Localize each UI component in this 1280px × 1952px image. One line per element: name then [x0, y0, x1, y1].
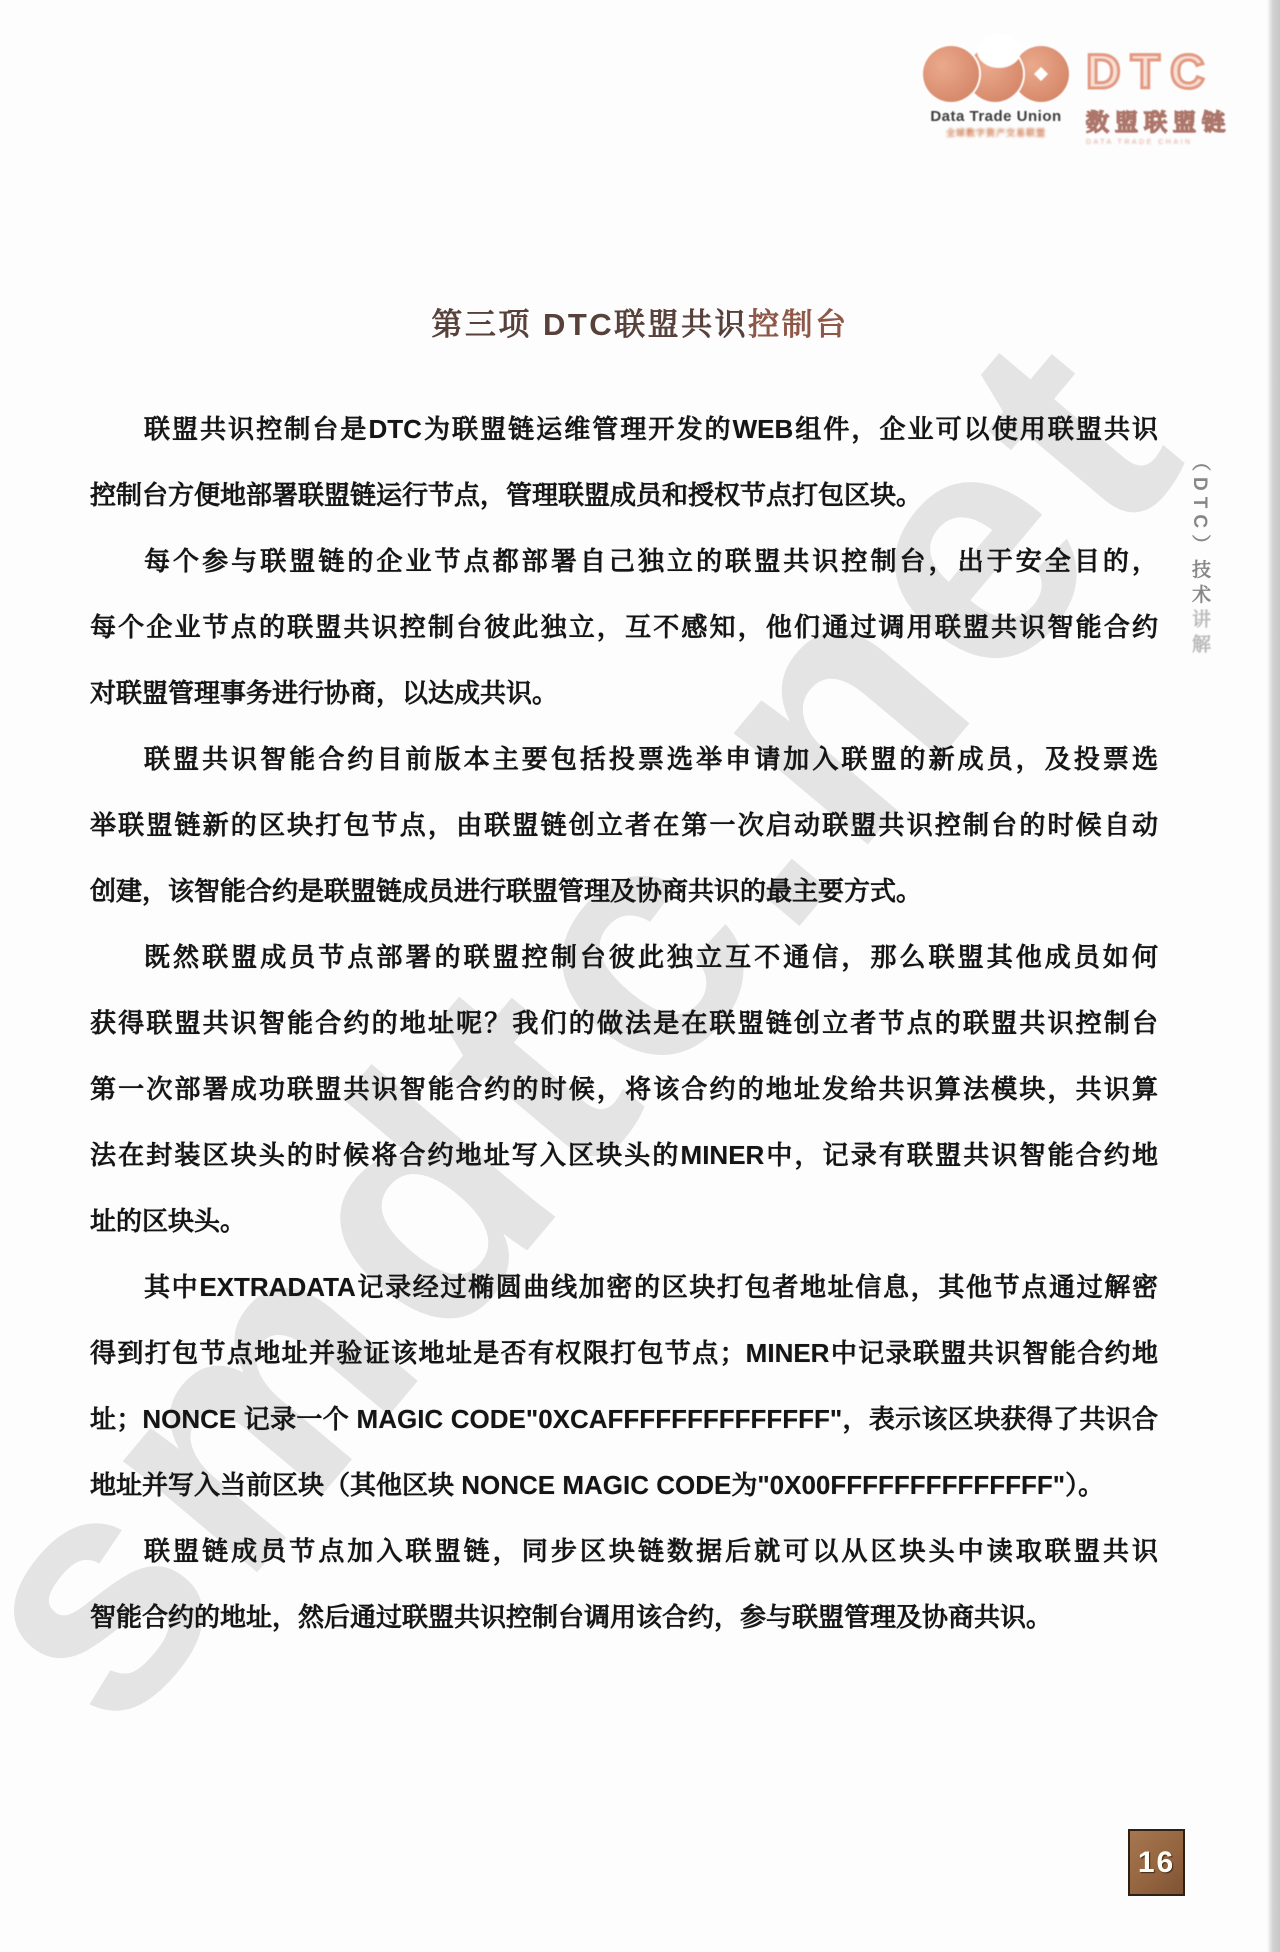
circles-icon	[923, 46, 1069, 104]
side-caption-main: （DTC）技术	[1189, 452, 1210, 609]
logo-wordmark: Data Trade Union	[916, 108, 1076, 125]
text-line: 得到打包节点地址并验证该地址是否有权限打包节点；MINER中记录联盟共识智能合约…	[90, 1320, 1158, 1386]
text-line: 每个参与联盟链的企业节点都部署自己独立的联盟共识控制台，出于安全目的，	[90, 528, 1158, 594]
paragraph: 既然联盟成员节点部署的联盟控制台彼此独立互不通信，那么联盟其他成员如何 获得联盟…	[90, 924, 1158, 1254]
paragraph: 其中EXTRADATA记录经过椭圆曲线加密的区块打包者地址信息，其他节点通过解密…	[90, 1254, 1158, 1518]
side-vertical-caption: （DTC）技术讲解	[1186, 452, 1213, 672]
text-line: 联盟链成员节点加入联盟链，同步区块链数据后就可以从区块头中读取联盟共识	[90, 1518, 1158, 1584]
text-line: 智能合约的地址，然后通过联盟共识控制台调用该合约，参与联盟管理及协商共识。	[90, 1584, 1158, 1650]
text-line: 获得联盟共识智能合约的地址呢？我们的做法是在联盟链创立者节点的联盟共识控制台	[90, 990, 1158, 1056]
text-line: 创建，该智能合约是联盟链成员进行联盟管理及协商共识的最主要方式。	[90, 858, 1158, 924]
page-edge-strip	[1267, 0, 1280, 1952]
document-page: smdtc.net Data Trade Union 全球数字资产交易联盟 DT…	[0, 0, 1280, 1952]
text-line: 联盟共识控制台是DTC为联盟链运维管理开发的WEB组件，企业可以使用联盟共识	[90, 396, 1158, 462]
text-line: 每个企业节点的联盟共识控制台彼此独立，互不感知，他们通过调用联盟共识智能合约	[90, 594, 1158, 660]
dtc-logo: DTC 数盟联盟链 DATA TRADE CHAIN	[1086, 48, 1231, 146]
text-line: 其中EXTRADATA记录经过椭圆曲线加密的区块打包者地址信息，其他节点通过解密	[90, 1254, 1158, 1320]
text-line: 法在封装区块头的时候将合约地址写入区块头的MINER中，记录有联盟共识智能合约地	[90, 1122, 1158, 1188]
side-caption-faded: 讲解	[1189, 609, 1210, 659]
dtc-subtext: DATA TRADE CHAIN	[1086, 139, 1231, 146]
title-accent: 控制台	[748, 307, 849, 342]
document-body: 联盟共识控制台是DTC为联盟链运维管理开发的WEB组件，企业可以使用联盟共识 控…	[90, 396, 1158, 1650]
text-line: 举联盟链新的区块打包节点，由联盟链创立者在第一次启动联盟共识控制台的时候自动	[90, 792, 1158, 858]
text-line: 既然联盟成员节点部署的联盟控制台彼此独立互不通信，那么联盟其他成员如何	[90, 924, 1158, 990]
logo-subtext: 全球数字资产交易联盟	[916, 126, 1076, 139]
paragraph: 联盟共识智能合约目前版本主要包括投票选举申请加入联盟的新成员，及投票选 举联盟链…	[90, 726, 1158, 924]
circle-shape	[923, 46, 979, 102]
dtc-wordmark: DTC	[1086, 48, 1231, 98]
text-line: 对联盟管理事务进行协商，以达成共识。	[90, 660, 1158, 726]
page-title: 第三项 DTC联盟共识控制台	[0, 299, 1280, 344]
paragraph: 联盟共识控制台是DTC为联盟链运维管理开发的WEB组件，企业可以使用联盟共识 控…	[90, 396, 1158, 528]
title-main: 第三项 DTC联盟共识	[431, 307, 748, 342]
data-trade-union-logo: Data Trade Union 全球数字资产交易联盟	[916, 46, 1076, 139]
text-line: 地址并写入当前区块（其他区块 NONCE MAGIC CODE为"0X00FFF…	[90, 1452, 1158, 1518]
text-line: 第一次部署成功联盟共识智能合约的时候，将该合约的地址发给共识算法模块，共识算	[90, 1056, 1158, 1122]
page-number-badge: 16	[1128, 1829, 1185, 1896]
text-line: 址；NONCE 记录一个 MAGIC CODE"0XCAFFFFFFFFFFFF…	[90, 1386, 1158, 1452]
paragraph: 每个参与联盟链的企业节点都部署自己独立的联盟共识控制台，出于安全目的， 每个企业…	[90, 528, 1158, 726]
dtc-cn-label: 数盟联盟链	[1086, 104, 1231, 137]
paragraph: 联盟链成员节点加入联盟链，同步区块链数据后就可以从区块头中读取联盟共识 智能合约…	[90, 1518, 1158, 1650]
text-line: 址的区块头。	[90, 1188, 1158, 1254]
text-line: 联盟共识智能合约目前版本主要包括投票选举申请加入联盟的新成员，及投票选	[90, 726, 1158, 792]
text-line: 控制台方便地部署联盟链运行节点，管理联盟成员和授权节点打包区块。	[90, 462, 1158, 528]
